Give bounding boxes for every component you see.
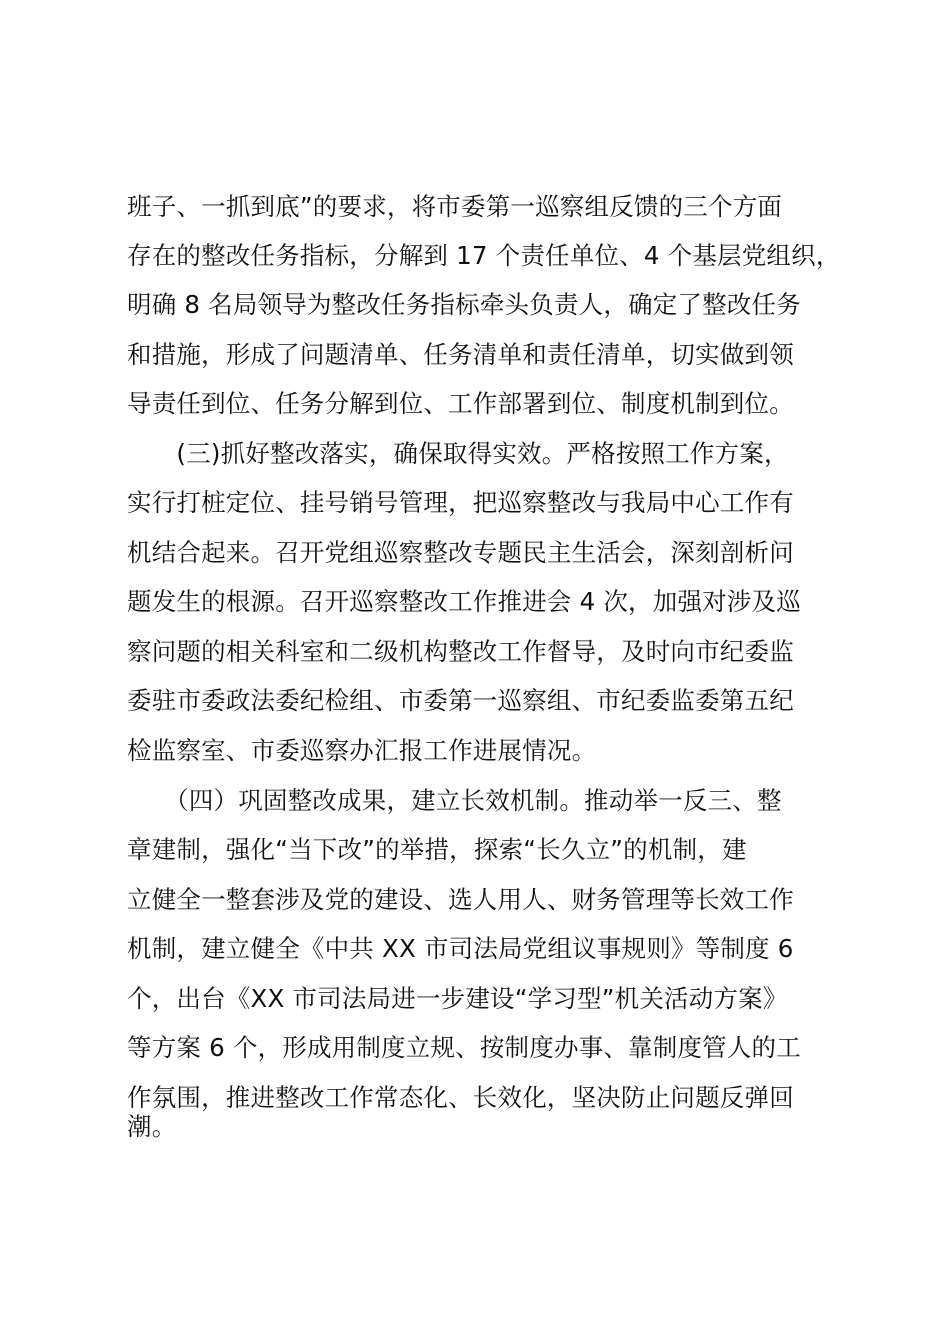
text-line: 察问题的相关科室和二级机构整改工作督导，及时向市纪委监 xyxy=(127,637,862,667)
text-line: 等方案 6 个，形成用制度立规、按制度办事、靠制度管人的工 xyxy=(127,1033,862,1063)
text-line: 班子、一抓到底”的要求，将市委第一巡察组反馈的三个方面 xyxy=(127,192,862,222)
text-line: 明确 8 名局领导为整改任务指标牵头负责人，确定了整改任务 xyxy=(127,290,862,320)
text-line: 章建制，强化“当下改”的举措，探索“长久立”的机制，建 xyxy=(127,835,862,865)
text-line: 机制，建立健全《中共 XX 市司法局党组议事规则》等制度 6 xyxy=(127,934,862,964)
text-line: 个，出台《XX 市司法局进一步建设“学习型”机关活动方案》 xyxy=(127,984,862,1014)
text-line: 潮。 xyxy=(127,1112,862,1142)
text-line: 委驻市委政法委纪检组、市委第一巡察组、市纪委监委第五纪 xyxy=(127,686,862,716)
text-line: 存在的整改任务指标，分解到 17 个责任单位、4 个基层党组织， xyxy=(127,241,862,271)
document-page: 班子、一抓到底”的要求，将市委第一巡察组反馈的三个方面 存在的整改任务指标，分解… xyxy=(0,0,950,1344)
section-heading-line: (三)抓好整改落实，确保取得实效。严格按照工作方案， xyxy=(127,439,862,469)
text-line: 和措施，形成了问题清单、任务清单和责任清单，切实做到领 xyxy=(127,340,862,370)
section-heading-line: （四）巩固整改成果，建立长效机制。推动举一反三、整 xyxy=(127,786,862,816)
text-line: 立健全一整套涉及党的建设、选人用人、财务管理等长效工作 xyxy=(127,885,862,915)
text-line: 作氛围，推进整改工作常态化、长效化，坚决防止问题反弹回 xyxy=(127,1083,862,1113)
text-line: 题发生的根源。召开巡察整改工作推进会 4 次，加强对涉及巡 xyxy=(127,587,862,617)
text-line: 机结合起来。召开党组巡察整改专题民主生活会，深刻剖析问 xyxy=(127,538,862,568)
text-line: 检监察室、市委巡察办汇报工作进展情况。 xyxy=(127,736,862,766)
text-line: 实行打桩定位、挂号销号管理，把巡察整改与我局中心工作有 xyxy=(127,488,862,518)
text-line: 导责任到位、任务分解到位、工作部署到位、制度机制到位。 xyxy=(127,389,862,419)
